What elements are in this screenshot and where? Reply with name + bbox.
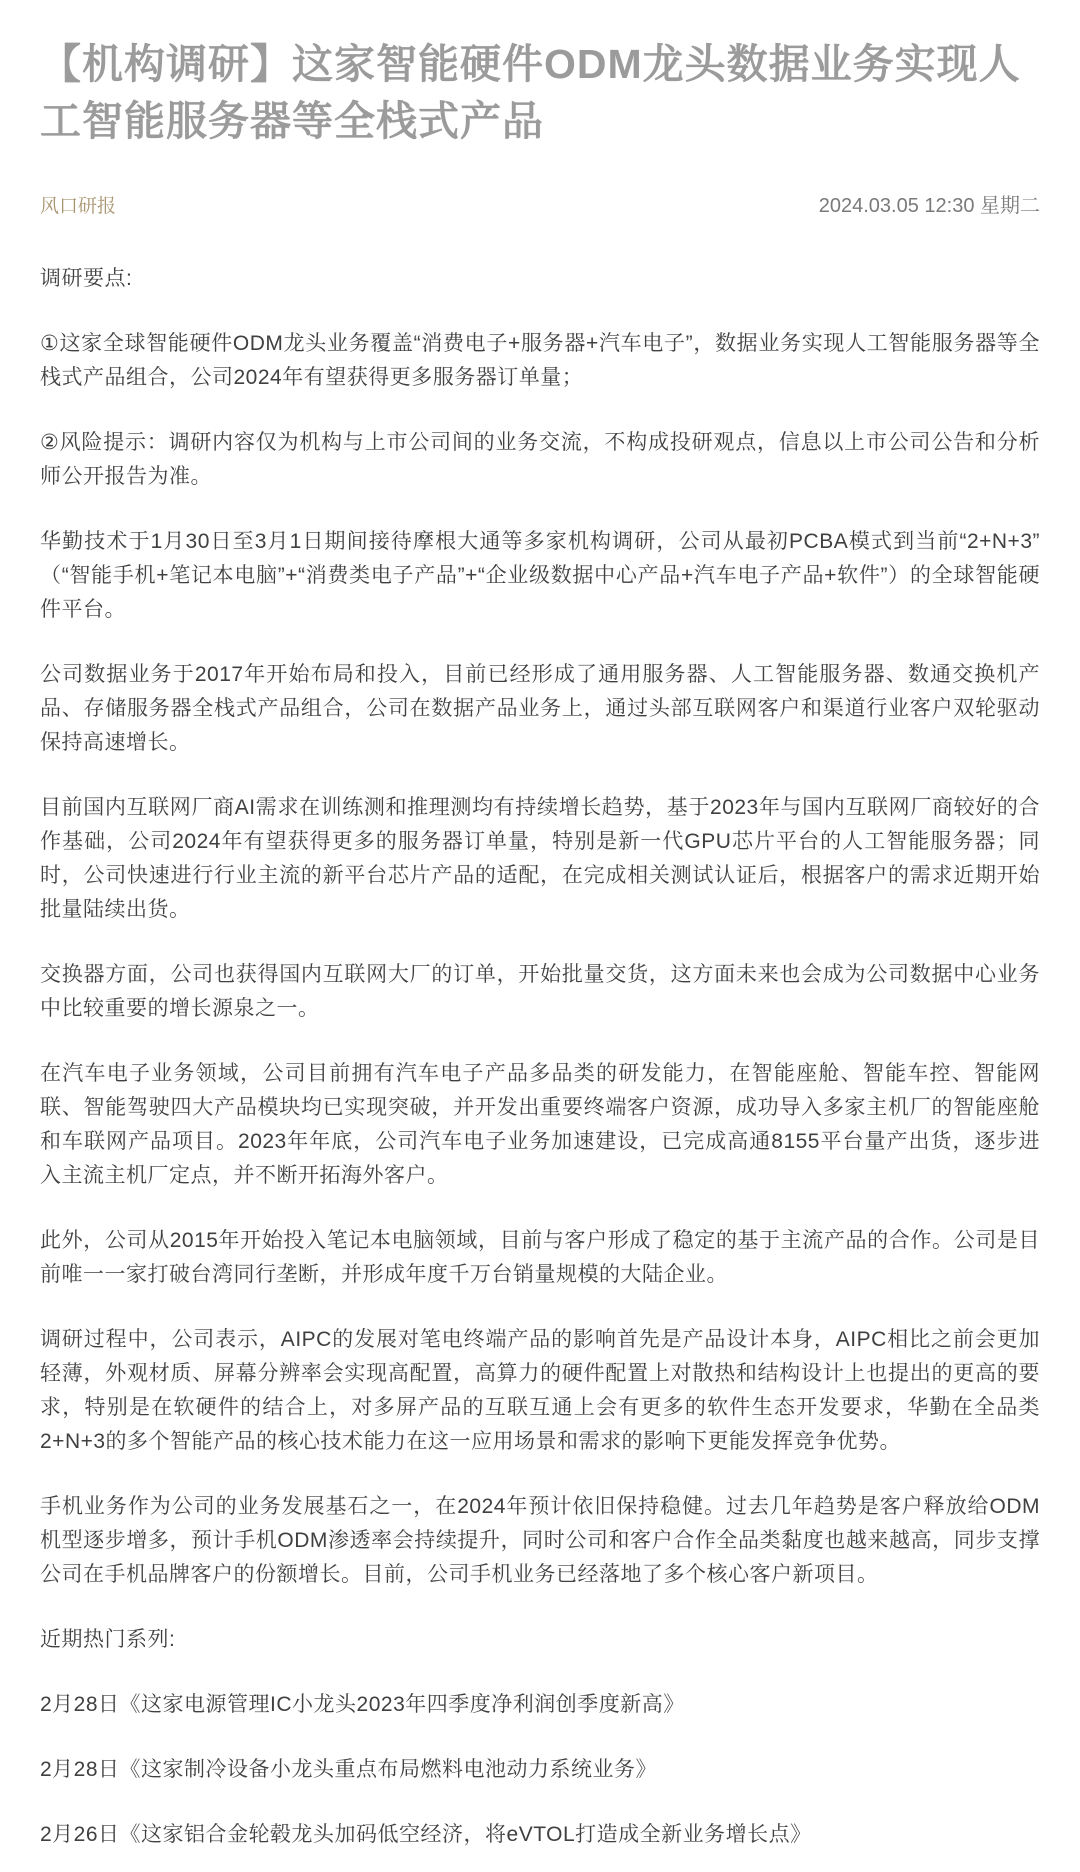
related-item: 2月26日《这家铝合金轮毂龙头加码低空经济，将eVTOL打造成全新业务增长点》	[40, 1818, 1040, 1852]
article-paragraph-aipc-outlook: 调研过程中，公司表示，AIPC的发展对笔电终端产品的影响首先是产品设计本身，AI…	[40, 1323, 1040, 1459]
related-item: 2月28日《这家电源管理IC小龙头2023年四季度净利润创季度新高》	[40, 1688, 1040, 1722]
article-paragraph-notebook-business: 此外，公司从2015年开始投入笔记本电脑领域，目前与客户形成了稳定的基于主流产品…	[40, 1224, 1040, 1292]
article-page: 【机构调研】这家智能硬件ODM龙头数据业务实现人工智能服务器等全栈式产品 风口研…	[0, 0, 1080, 1872]
related-heading: 近期热门系列:	[40, 1623, 1040, 1657]
article-paragraph-risk-note: ②风险提示：调研内容仅为机构与上市公司间的业务交流，不构成投研观点，信息以上市公…	[40, 426, 1040, 494]
byline: 风口研报 2024.03.05 12:30 星期二	[40, 189, 1040, 218]
publish-datetime: 2024.03.05 12:30 星期二	[819, 189, 1040, 218]
article-paragraph-key-point-1: ①这家全球智能硬件ODM龙头业务覆盖“消费电子+服务器+汽车电子”，数据业务实现…	[40, 327, 1040, 395]
article-paragraph-phone-business: 手机业务作为公司的业务发展基石之一，在2024年预计依旧保持稳健。过去几年趋势是…	[40, 1490, 1040, 1592]
article-paragraph-company-overview: 华勤技术于1月30日至3月1日期间接待摩根大通等多家机构调研，公司从最初PCBA…	[40, 525, 1040, 627]
article-paragraph-ai-server-demand: 目前国内互联网厂商AI需求在训练测和推理测均有持续增长趋势，基于2023年与国内…	[40, 791, 1040, 927]
article-title: 【机构调研】这家智能硬件ODM龙头数据业务实现人工智能服务器等全栈式产品	[40, 36, 1040, 149]
source-label[interactable]: 风口研报	[40, 191, 116, 218]
article-paragraph-switch-business: 交换器方面，公司也获得国内互联网大厂的订单，开始批量交货，这方面未来也会成为公司…	[40, 958, 1040, 1026]
article-paragraph-data-business: 公司数据业务于2017年开始布局和投入，目前已经形成了通用服务器、人工智能服务器…	[40, 658, 1040, 760]
summary-label: 调研要点:	[40, 262, 1040, 296]
related-item: 2月28日《这家制冷设备小龙头重点布局燃料电池动力系统业务》	[40, 1753, 1040, 1787]
article-paragraph-auto-electronics: 在汽车电子业务领域，公司目前拥有汽车电子产品多品类的研发能力，在智能座舱、智能车…	[40, 1057, 1040, 1193]
